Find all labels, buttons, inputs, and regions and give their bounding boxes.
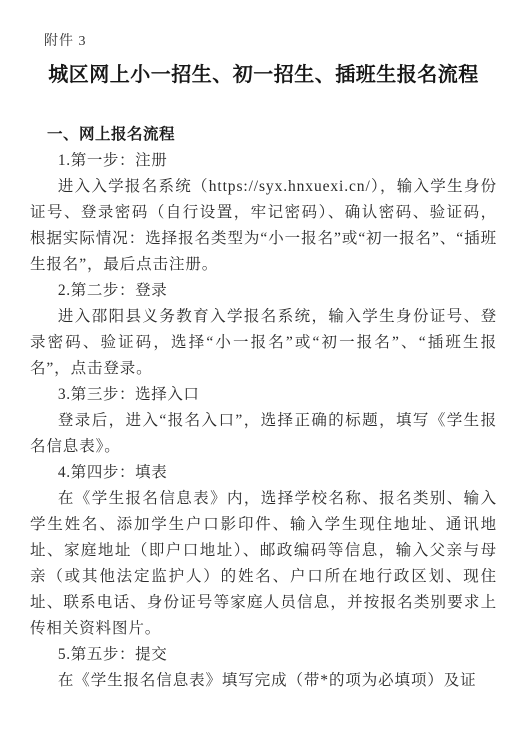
step-4-heading: 4.第四步：填表: [30, 460, 497, 486]
step-2-heading: 2.第二步：登录: [30, 278, 497, 304]
step-1-body: 进入入学报名系统（https://syx.hnxuexi.cn/），输入学生身份…: [30, 174, 497, 278]
step-5-heading: 5.第五步：提交: [30, 642, 497, 668]
step-3-body: 登录后，进入“报名入口”，选择正确的标题，填写《学生报名信息表》。: [30, 408, 497, 460]
attachment-label: 附件 3: [44, 32, 497, 52]
step-4-body: 在《学生报名信息表》内，选择学校名称、报名类别、输入学生姓名、添加学生户口影印件…: [30, 486, 497, 642]
page-title: 城区网上小一招生、初一招生、插班生报名流程: [30, 61, 497, 89]
step-5-body: 在《学生报名信息表》填写完成（带*的项为必填项）及证: [30, 668, 497, 694]
section-heading: 一、网上报名流程: [47, 122, 497, 148]
document-body: 1.第一步：注册 进入入学报名系统（https://syx.hnxuexi.cn…: [30, 148, 497, 694]
step-3-heading: 3.第三步：选择入口: [30, 382, 497, 408]
step-1-heading: 1.第一步：注册: [30, 148, 497, 174]
step-2-body: 进入邵阳县义务教育入学报名系统，输入学生身份证号、登录密码、验证码，选择“小一报…: [30, 304, 497, 382]
document-page: 附件 3 城区网上小一招生、初一招生、插班生报名流程 一、网上报名流程 1.第一…: [0, 0, 529, 729]
